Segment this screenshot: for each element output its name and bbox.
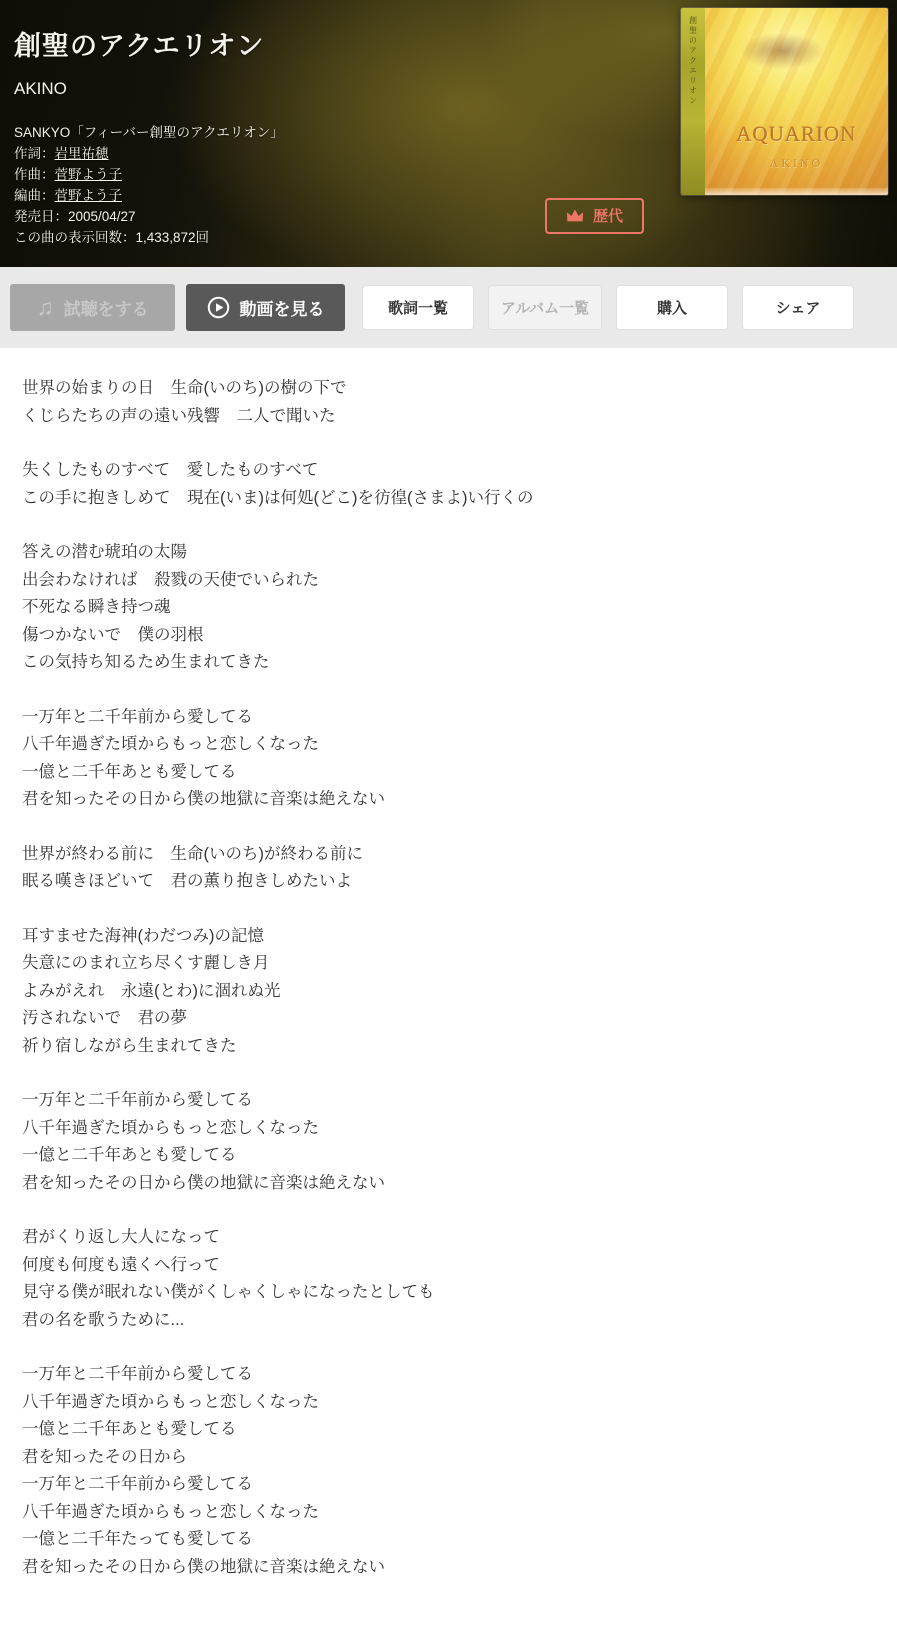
lyric-line: 不死なる瞬き持つ魂 [22, 594, 877, 622]
lyric-stanza: 世界の始まりの日 生命(いのち)の樹の下でくじらたちの声の遠い残響 二人で聞いた [22, 375, 877, 430]
album-list-button: アルバム一覧 [489, 286, 601, 329]
lyric-stanza: 失くしたものすべて 愛したものすべてこの手に抱きしめて 現在(いま)は何処(どこ… [22, 457, 877, 512]
lyric-line: 一億と二千年たっても愛してる [22, 1526, 877, 1554]
lyric-stanza: 一万年と二千年前から愛してる八千年過ぎた頃からもっと恋しくなった一億と二千年あと… [22, 1361, 877, 1581]
arranger-link[interactable]: 菅野よう子 [55, 188, 123, 203]
purchase-button[interactable]: 購入 [617, 286, 727, 329]
lyric-line: 見守る僕が眠れない僕がくしゃくしゃになったとしても [22, 1279, 877, 1307]
lyric-line: 世界の始まりの日 生命(いのち)の樹の下で [22, 375, 877, 403]
album-art-thumbnail: 創聖のアクエリオン AQUARION AKINO [681, 8, 888, 195]
composer-label: 作曲： [14, 167, 55, 182]
lyric-line: 世界が終わる前に 生命(いのち)が終わる前に [22, 841, 877, 869]
lyric-line: 君を知ったその日から僕の地獄に音楽は絶えない [22, 1170, 877, 1198]
watch-video-button-label: 動画を見る [240, 295, 325, 320]
lyric-line: 耳すませた海神(わだつみ)の記憶 [22, 923, 877, 951]
lyric-stanza: 耳すませた海神(わだつみ)の記憶失意にのまれ立ち尽くす麗しき月よみがえれ 永遠(… [22, 923, 877, 1061]
lyric-stanza: 一万年と二千年前から愛してる八千年過ぎた頃からもっと恋しくなった一億と二千年あと… [22, 704, 877, 814]
lyric-line: くじらたちの声の遠い残響 二人で聞いた [22, 403, 877, 431]
share-button[interactable]: シェア [743, 286, 853, 329]
crown-icon [566, 208, 584, 223]
album-spine: 創聖のアクエリオン [681, 8, 705, 195]
lyric-line: 祈り宿しながら生まれてきた [22, 1033, 877, 1061]
release-date-row: 発売日：2005/04/27 [14, 206, 897, 227]
release-date-label: 発売日： [14, 209, 68, 224]
lyric-line: 失意にのまれ立ち尽くす麗しき月 [22, 950, 877, 978]
lyric-line: 八千年過ぎた頃からもっと恋しくなった [22, 1499, 877, 1527]
lyric-line: 八千年過ぎた頃からもっと恋しくなった [22, 731, 877, 759]
music-note-icon: ♫ [36, 296, 53, 319]
lyric-line: 一万年と二千年前から愛してる [22, 1087, 877, 1115]
ranking-button-label: 歴代 [593, 205, 623, 226]
album-spine-text: 創聖のアクエリオン [688, 8, 699, 195]
lyricist-link[interactable]: 岩里祐穂 [55, 146, 109, 161]
view-count-row: この曲の表示回数：1,433,872回 [14, 227, 897, 248]
lyric-line: 汚されないで 君の夢 [22, 1005, 877, 1033]
lyric-stanza: 答えの潜む琥珀の太陽出会わなければ 殺戮の天使でいられた不死なる瞬き持つ魂傷つか… [22, 539, 877, 677]
lyric-line: 一億と二千年あとも愛してる [22, 759, 877, 787]
album-cover-image: AQUARION AKINO [705, 8, 888, 195]
album-cover-title: AQUARION [705, 122, 888, 147]
listen-button: ♫ 試聴をする [10, 284, 175, 331]
lyrics-list-button[interactable]: 歌詞一覧 [363, 286, 473, 329]
watch-video-button[interactable]: 動画を見る [186, 284, 345, 331]
album-cover-artist: AKINO [705, 156, 888, 171]
lyric-line: 八千年過ぎた頃からもっと恋しくなった [22, 1389, 877, 1417]
lyric-line: 八千年過ぎた頃からもっと恋しくなった [22, 1115, 877, 1143]
view-count-label: この曲の表示回数： [14, 230, 136, 245]
lyric-line: 一億と二千年あとも愛してる [22, 1142, 877, 1170]
arranger-label: 編曲： [14, 188, 55, 203]
lyric-stanza: 世界が終わる前に 生命(いのち)が終わる前に眠る嘆きほどいて 君の薫り抱きしめた… [22, 841, 877, 896]
release-date-value: 2005/04/27 [68, 209, 136, 224]
lyric-line: 何度も何度も遠くへ行って [22, 1252, 877, 1280]
lyric-line: 眠る嘆きほどいて 君の薫り抱きしめたいよ [22, 868, 877, 896]
lyric-line: 君を知ったその日から僕の地獄に音楽は絶えない [22, 786, 877, 814]
lyric-line: 君を知ったその日から [22, 1444, 877, 1472]
album-list-button-label: アルバム一覧 [501, 297, 589, 318]
action-toolbar: ♫ 試聴をする 動画を見る 歌詞一覧 アルバム一覧 購入 シェア [0, 267, 897, 348]
lyric-line: 一億と二千年あとも愛してる [22, 1416, 877, 1444]
purchase-button-label: 購入 [657, 297, 687, 318]
lyrics: 世界の始まりの日 生命(いのち)の樹の下でくじらたちの声の遠い残響 二人で聞いた… [0, 348, 897, 1641]
lyric-line: 答えの潜む琥珀の太陽 [22, 539, 877, 567]
lyric-line: 君を知ったその日から僕の地獄に音楽は絶えない [22, 1554, 877, 1582]
lyric-line: 一万年と二千年前から愛してる [22, 704, 877, 732]
lyric-line: 傷つかないで 僕の羽根 [22, 622, 877, 650]
lyric-stanza: 一万年と二千年前から愛してる八千年過ぎた頃からもっと恋しくなった一億と二千年あと… [22, 1087, 877, 1197]
ranking-button[interactable]: 歴代 [545, 198, 644, 234]
lyric-line: よみがえれ 永遠(とわ)に涸れぬ光 [22, 978, 877, 1006]
lyric-line: 君がくり返し大人になって [22, 1224, 877, 1252]
lyric-line: この手に抱きしめて 現在(いま)は何処(どこ)を彷徨(さまよ)い行くの [22, 485, 877, 513]
view-count-value: 1,433,872回 [136, 230, 210, 245]
lyric-line: 一万年と二千年前から愛してる [22, 1361, 877, 1389]
lyric-line: 出会わなければ 殺戮の天使でいられた [22, 567, 877, 595]
listen-button-label: 試聴をする [64, 295, 149, 320]
lyric-stanza: 君がくり返し大人になって何度も何度も遠くへ行って見守る僕が眠れない僕がくしゃくし… [22, 1224, 877, 1334]
lyric-line: 失くしたものすべて 愛したものすべて [22, 457, 877, 485]
lyricist-label: 作詞： [14, 146, 55, 161]
lyrics-list-button-label: 歌詞一覧 [388, 297, 448, 318]
share-button-label: シェア [776, 297, 821, 318]
play-icon [207, 296, 230, 319]
song-header: 創聖のアクエリオン AKINO SANKYO「フィーバー創聖のアクエリオン」 作… [0, 0, 897, 267]
lyric-line: 君の名を歌うために... [22, 1307, 877, 1335]
lyric-line: 一万年と二千年前から愛してる [22, 1471, 877, 1499]
lyric-line: この気持ち知るため生まれてきた [22, 649, 877, 677]
composer-link[interactable]: 菅野よう子 [55, 167, 123, 182]
